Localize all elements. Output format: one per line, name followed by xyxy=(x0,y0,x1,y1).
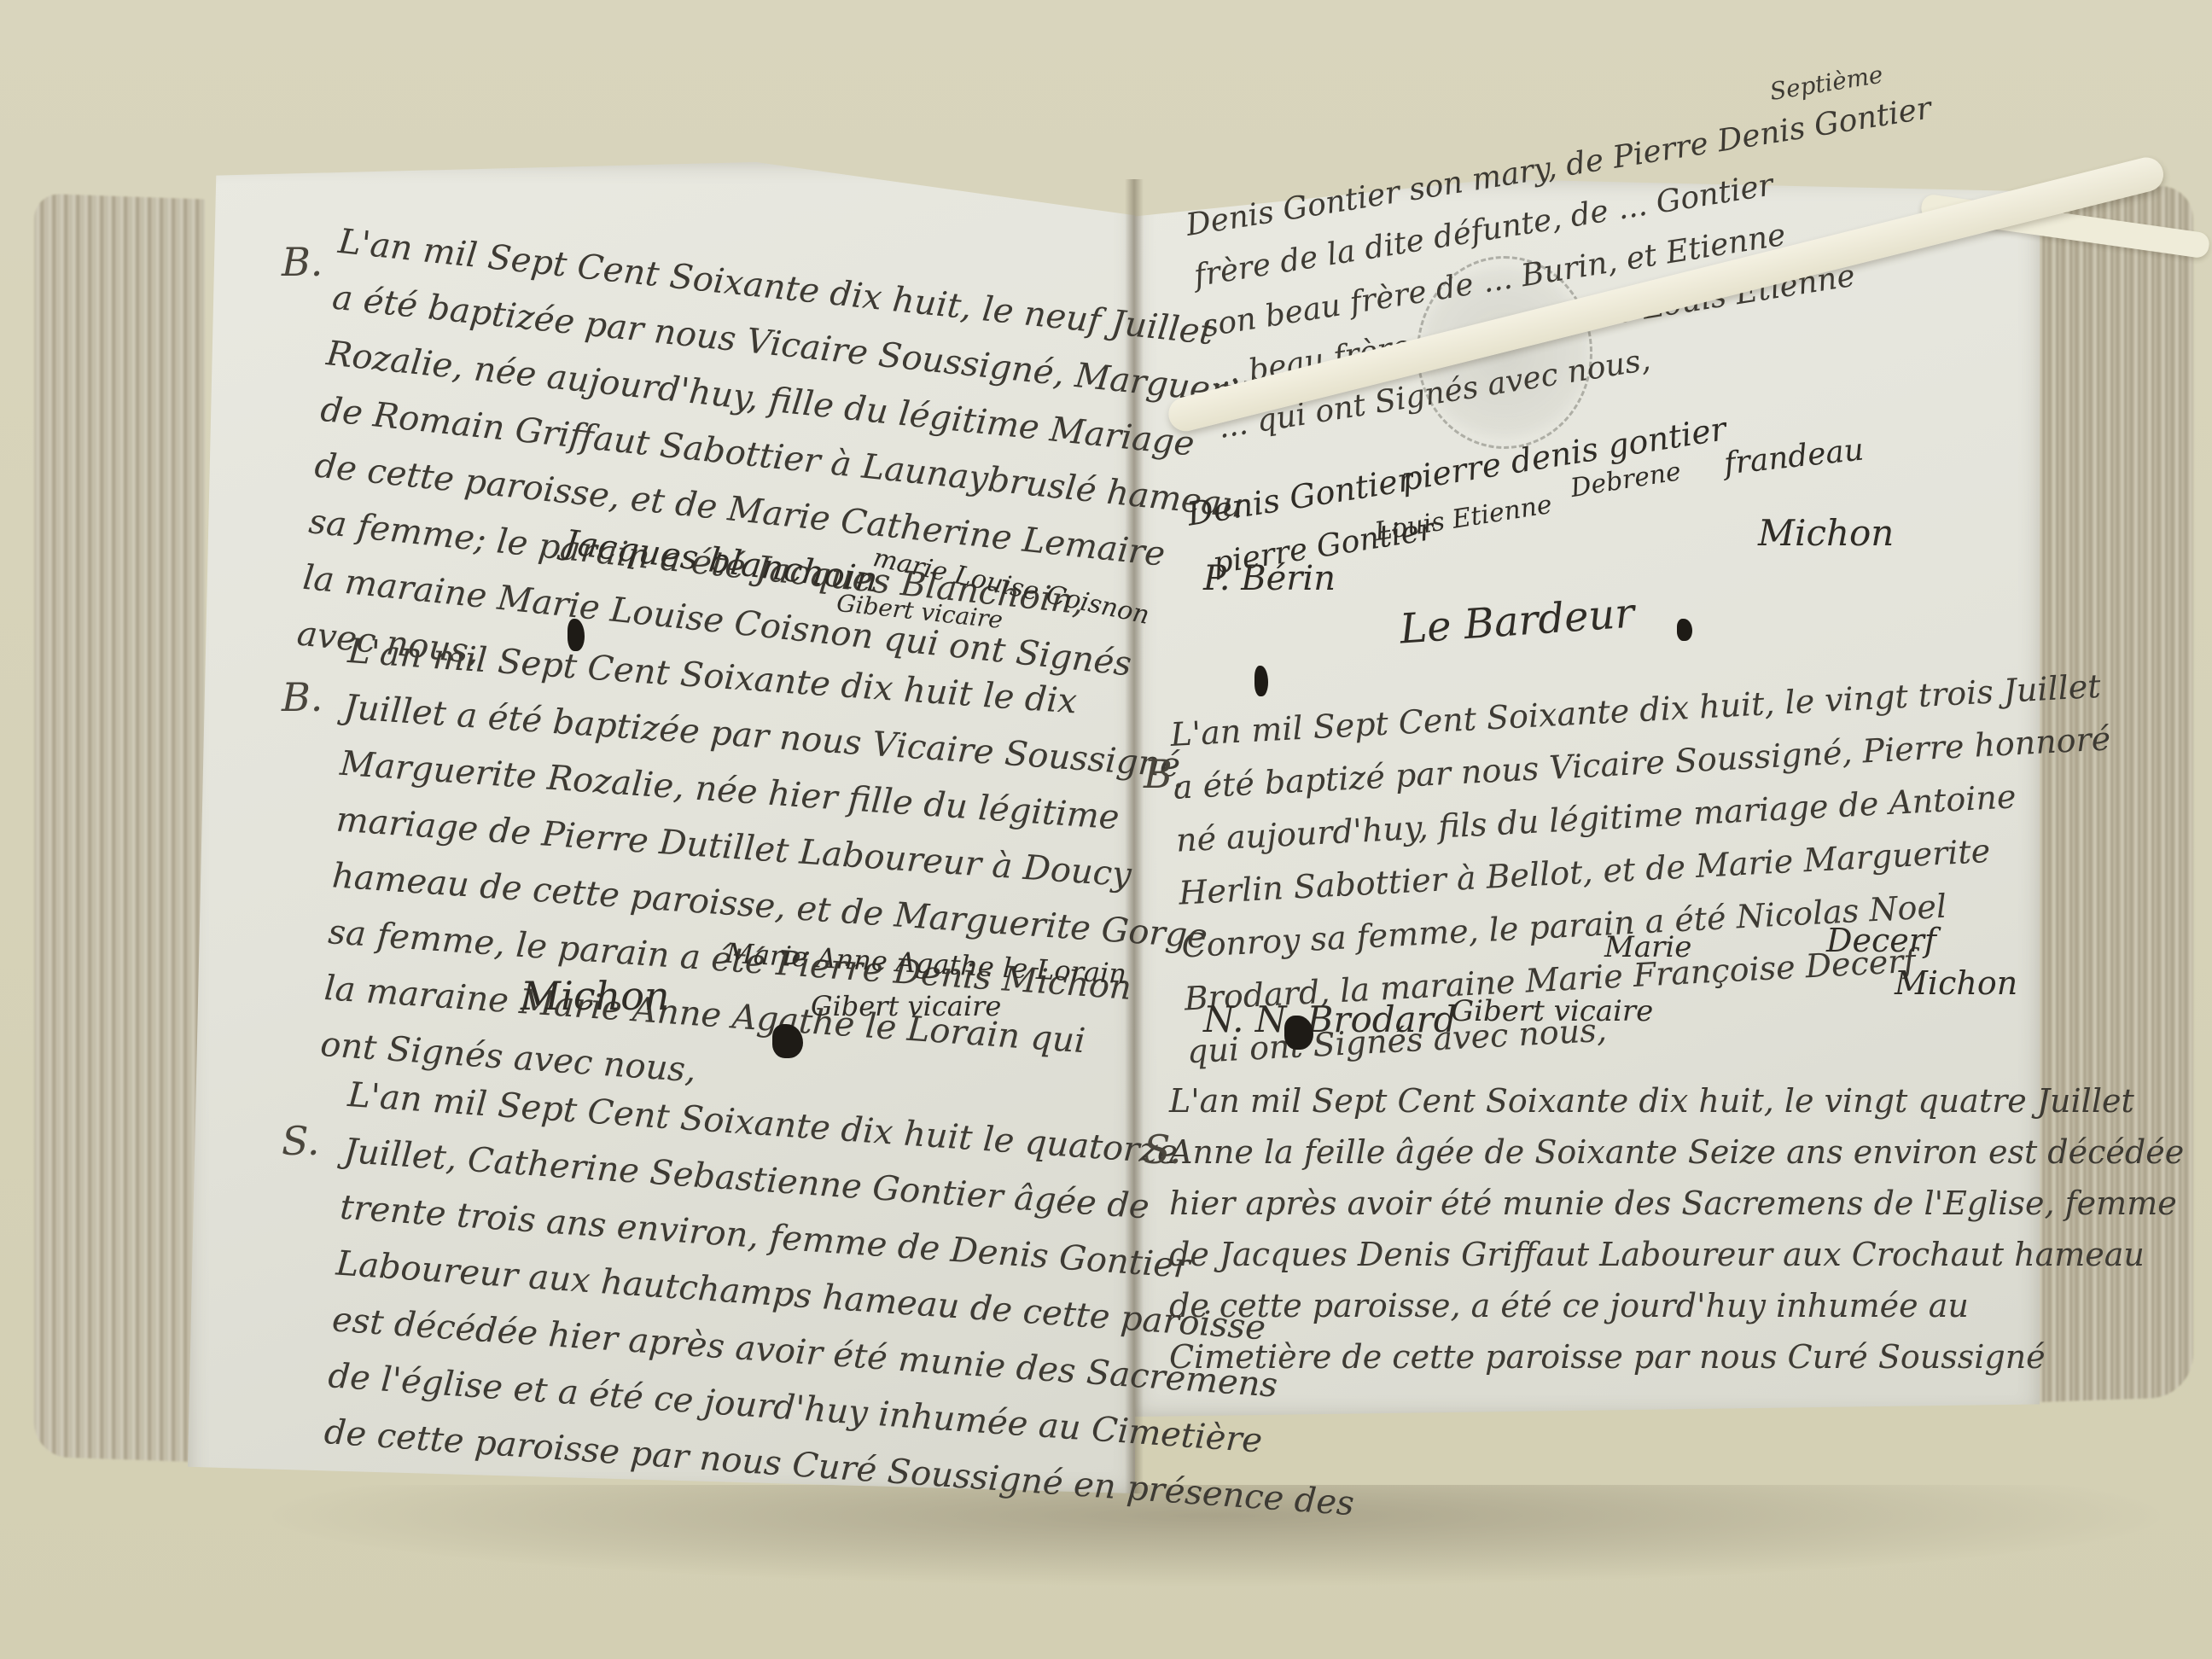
signature: Michon xyxy=(1895,964,2017,1002)
margin-mark-burial: S. xyxy=(282,1118,320,1164)
ink-blot xyxy=(1254,666,1268,696)
signature: Michon xyxy=(521,973,670,1019)
signature: Michon xyxy=(1758,512,1894,554)
signature: Decerf xyxy=(1826,922,1936,959)
entry-line: Anne la feille âgée de Soixante Seize an… xyxy=(1169,1126,2184,1178)
page-block-left-edge xyxy=(34,194,205,1463)
signature: N. N. Brodard xyxy=(1203,998,1457,1040)
signature: Marie xyxy=(1604,930,1691,964)
margin-mark-baptism: B. xyxy=(282,239,323,285)
entry-line: Cimetière de cette paroisse par nous Cur… xyxy=(1169,1331,2184,1382)
entry-baptism-2: L'an mil Sept Cent Soixante dix huit le … xyxy=(318,623,1225,1133)
ink-blot xyxy=(772,1024,803,1058)
ink-blot xyxy=(1677,619,1692,641)
signature-vicaire: Gibert vicaire xyxy=(811,990,1001,1022)
signature-vicaire: Gibert vicaire xyxy=(1451,994,1653,1028)
entry-burial-2: L'an mil Sept Cent Soixante dix huit, le… xyxy=(1169,1075,2184,1382)
signature: P. Bérin xyxy=(1203,559,1336,598)
ink-blot xyxy=(568,619,585,651)
entry-line: de Jacques Denis Griffaut Laboureur aux … xyxy=(1169,1229,2184,1280)
ink-blot xyxy=(1284,1016,1313,1050)
margin-mark-baptism: B. xyxy=(282,674,323,720)
entry-line: L'an mil Sept Cent Soixante dix huit, le… xyxy=(1169,1075,2184,1126)
entry-line: hier après avoir été munie des Sacremens… xyxy=(1169,1178,2184,1229)
entry-line: de cette paroisse, a été ce jourd'huy in… xyxy=(1169,1280,2184,1331)
photo-scene: B. L'an mil Sept Cent Soixante dix huit,… xyxy=(0,0,2212,1659)
